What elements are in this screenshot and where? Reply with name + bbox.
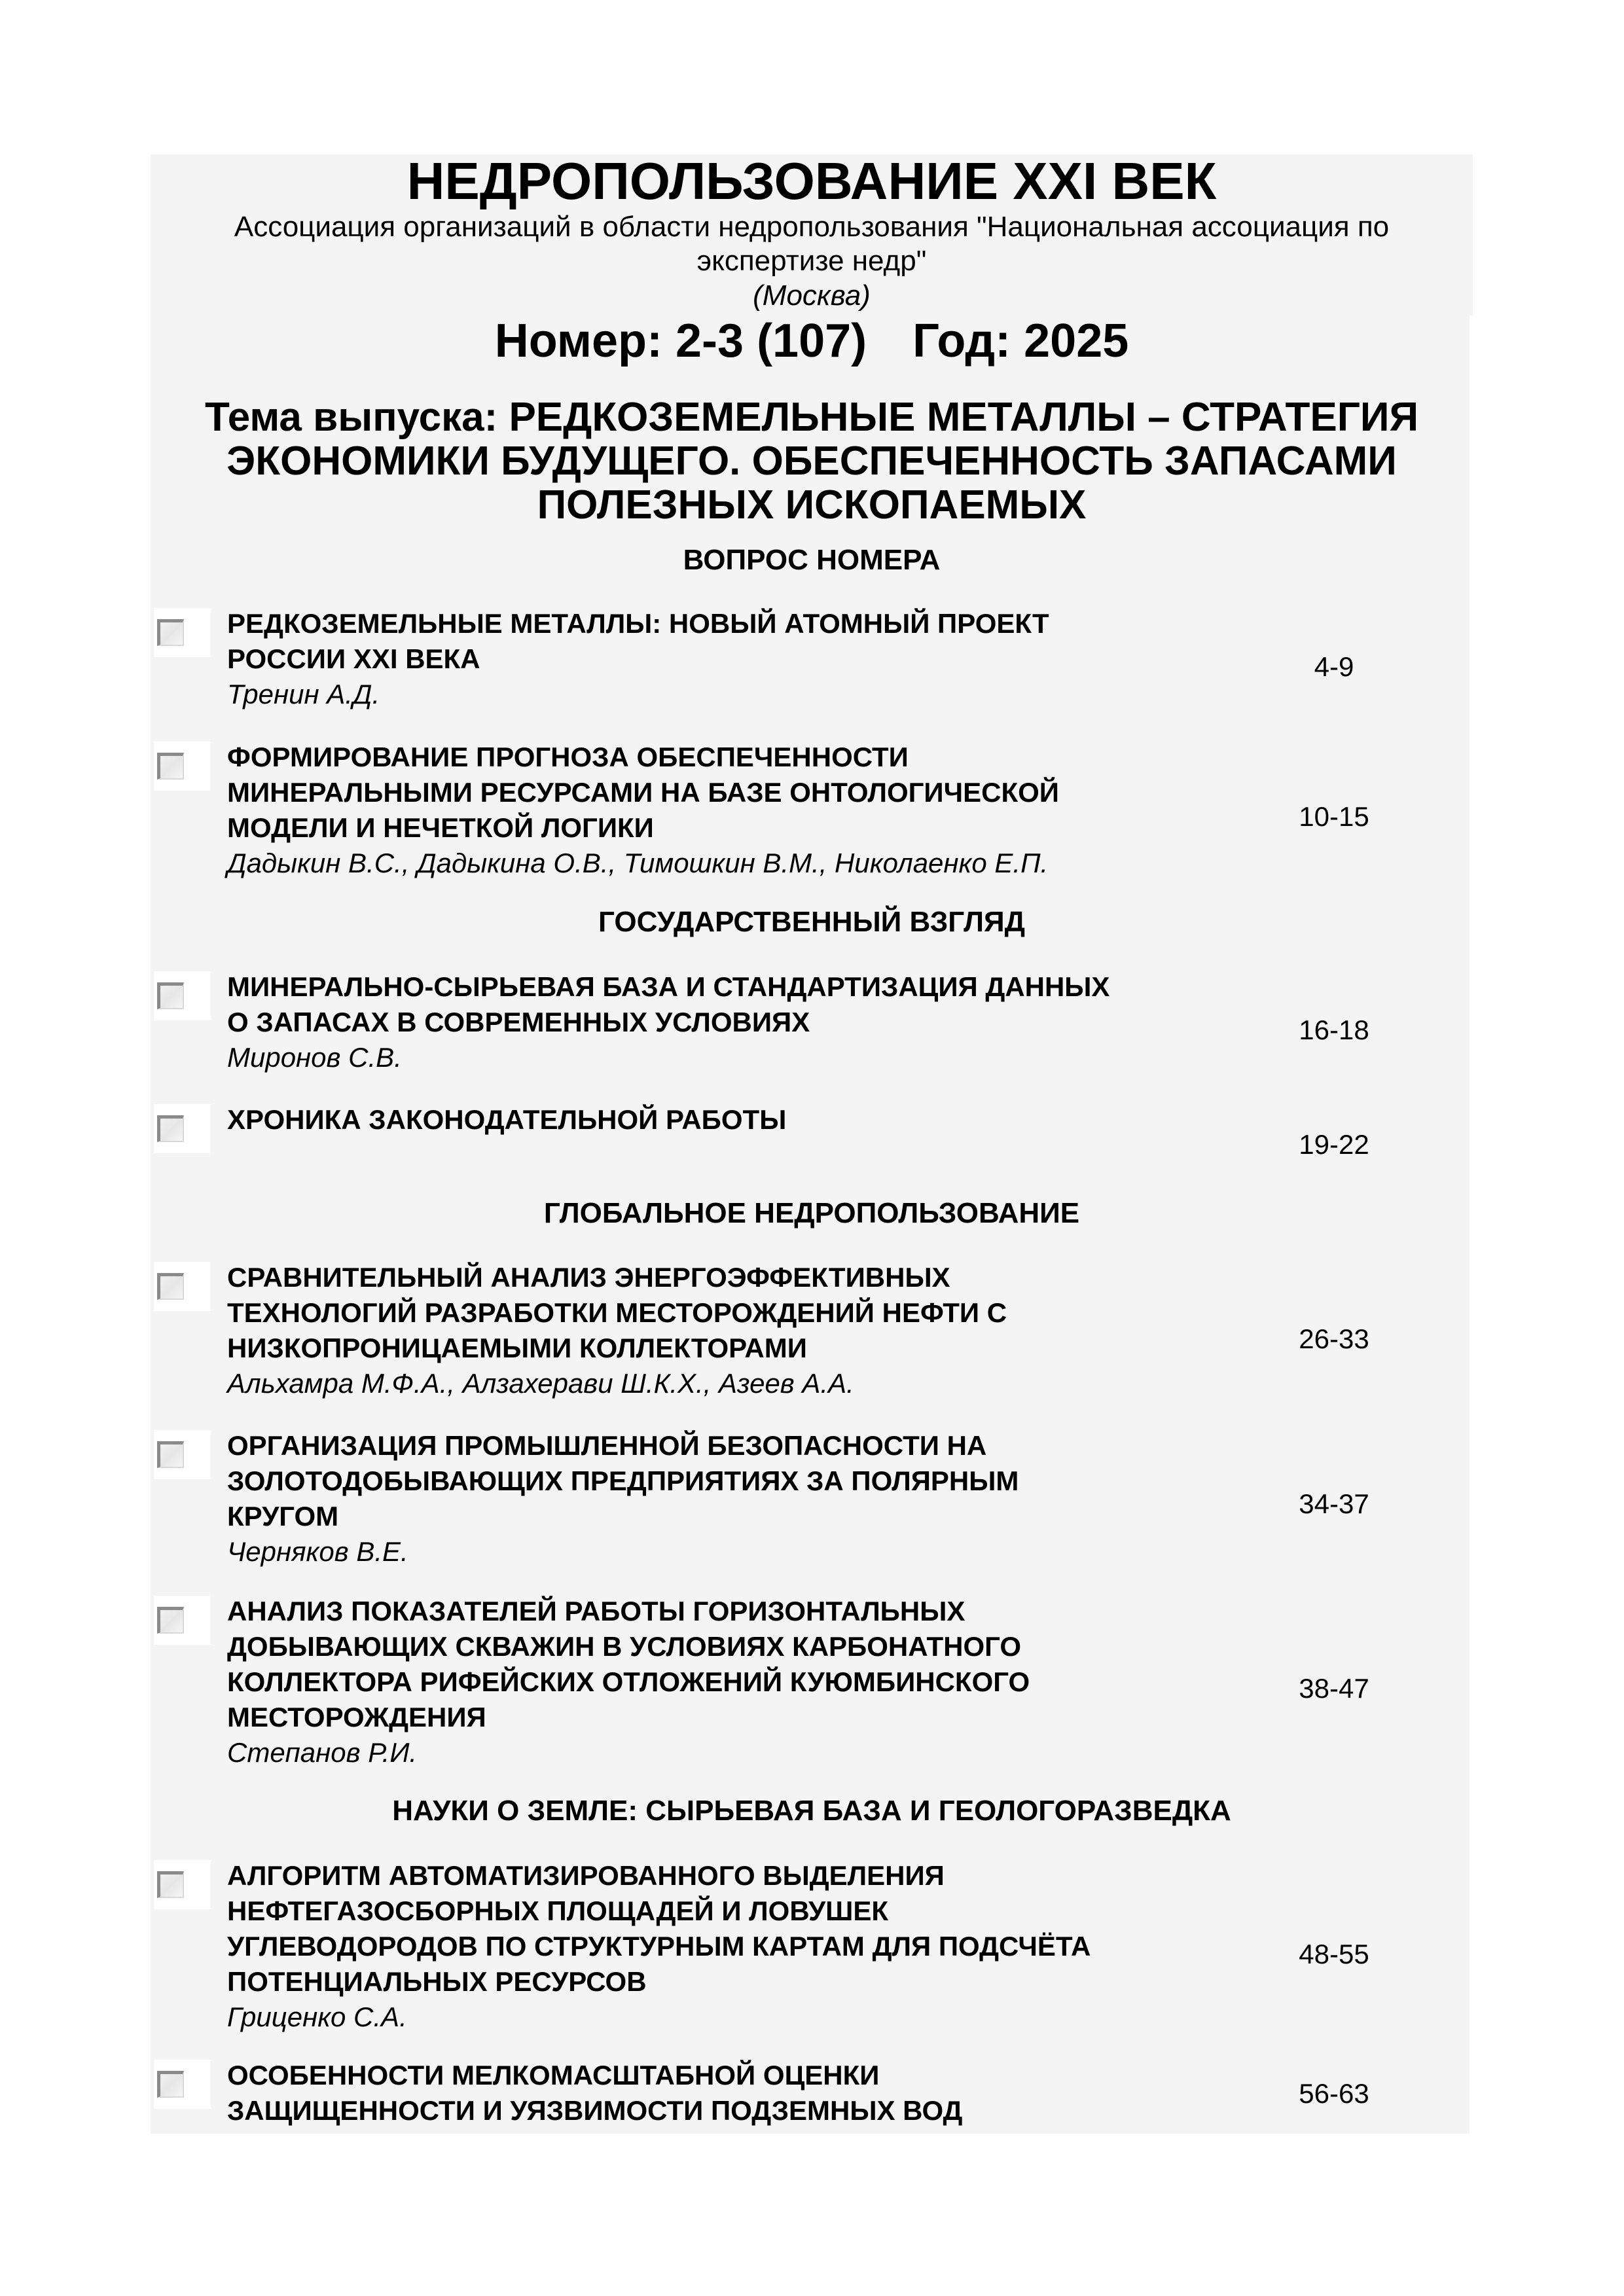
article-authors: Дадыкин В.С., Дадыкина О.В., Тимошкин В.… [227,846,1209,881]
article-pages: 4-9 [1282,649,1386,685]
select-checkbox[interactable] [154,1262,211,1311]
publisher-line-1: Ассоциация организаций в области недропо… [151,209,1473,244]
select-checkbox[interactable] [154,1430,211,1479]
section-heading: ГЛОБАЛЬНОЕ НЕДРОПОЛЬЗОВАНИЕ [151,1196,1473,1231]
article-authors: Черняков В.Е. [227,1534,1209,1570]
checkbox-icon [157,619,184,646]
article-authors: Тренин А.Д. [227,677,1209,712]
select-checkbox[interactable] [154,1860,211,1909]
issue-theme-line-2: ЭКОНОМИКИ БУДУЩЕГО. ОБЕСПЕЧЕННОСТЬ ЗАПАС… [151,439,1473,483]
article-pages: 26-33 [1282,1321,1386,1357]
checkbox-icon [157,982,184,1009]
section-heading: ВОПРОС НОМЕРА [151,543,1473,578]
entry-text: ОРГАНИЗАЦИЯ ПРОМЫШЛЕННОЙ БЕЗОПАСНОСТИ НА… [227,1428,1209,1570]
entry-text: СРАВНИТЕЛЬНЫЙ АНАЛИЗ ЭНЕРГОЭФФЕКТИВНЫХ Т… [227,1260,1209,1401]
entry-text: АНАЛИЗ ПОКАЗАТЕЛЕЙ РАБОТЫ ГОРИЗОНТАЛЬНЫХ… [227,1594,1209,1770]
entry-text: ФОРМИРОВАНИЕ ПРОГНОЗА ОБЕСПЕЧЕННОСТИ МИН… [227,740,1209,881]
article-pages: 56-63 [1282,2076,1386,2111]
section-heading: НАУКИ О ЗЕМЛЕ: СЫРЬЕВАЯ БАЗА И ГЕОЛОГОРА… [151,1793,1473,1829]
article-authors: Альхамра М.Ф.А., Алзахерави Ш.К.Х., Азее… [227,1366,1209,1401]
article-authors: Гриценко С.А. [227,2000,1209,2035]
article-pages: 48-55 [1282,1937,1386,1972]
checkbox-icon [157,1607,184,1634]
article-title[interactable]: ОРГАНИЗАЦИЯ ПРОМЫШЛЕННОЙ БЕЗОПАСНОСТИ НА… [227,1428,1209,1534]
article-authors: Миронов С.В. [227,1040,1209,1075]
checkbox-icon [157,1441,184,1468]
issue-theme-line-3: ПОЛЕЗНЫХ ИСКОПАЕМЫХ [151,483,1473,527]
issue-theme-line-1: Тема выпуска: РЕДКОЗЕМЕЛЬНЫЕ МЕТАЛЛЫ – С… [151,395,1473,439]
publisher-line-2: экспертизе недр" [151,243,1473,278]
article-title[interactable]: МИНЕРАЛЬНО-СЫРЬЕВАЯ БАЗА И СТАНДАРТИЗАЦИ… [227,969,1209,1040]
select-checkbox[interactable] [154,608,211,657]
checkbox-icon [157,753,184,780]
article-title[interactable]: АНАЛИЗ ПОКАЗАТЕЛЕЙ РАБОТЫ ГОРИЗОНТАЛЬНЫХ… [227,1594,1209,1735]
entry-text: МИНЕРАЛЬНО-СЫРЬЕВАЯ БАЗА И СТАНДАРТИЗАЦИ… [227,969,1209,1075]
select-checkbox[interactable] [154,971,211,1020]
article-pages: 10-15 [1282,799,1386,834]
section-heading: ГОСУДАРСТВЕННЫЙ ВЗГЛЯД [151,905,1473,940]
issue-number: Номер: 2-3 (107) [495,315,867,367]
article-title[interactable]: АЛГОРИТМ АВТОМАТИЗИРОВАННОГО ВЫДЕЛЕНИЯ Н… [227,1858,1209,2000]
issue-info: Номер: 2-3 (107)Год: 2025 [151,315,1473,367]
select-checkbox[interactable] [154,2060,211,2109]
article-authors: Степанов Р.И. [227,1735,1209,1770]
select-checkbox[interactable] [154,1104,211,1153]
checkbox-icon [157,1115,184,1142]
publisher-city: (Москва) [151,278,1473,313]
checkbox-icon [157,2071,184,2098]
article-pages: 19-22 [1282,1127,1386,1162]
article-pages: 34-37 [1282,1486,1386,1522]
article-title[interactable]: СРАВНИТЕЛЬНЫЙ АНАЛИЗ ЭНЕРГОЭФФЕКТИВНЫХ Т… [227,1260,1209,1366]
entry-text: ОСОБЕННОСТИ МЕЛКОМАСШТАБНОЙ ОЦЕНКИ ЗАЩИЩ… [227,2058,1209,2128]
article-title[interactable]: ФОРМИРОВАНИЕ ПРОГНОЗА ОБЕСПЕЧЕННОСТИ МИН… [227,740,1209,846]
article-pages: 16-18 [1282,1013,1386,1048]
entry-text: АЛГОРИТМ АВТОМАТИЗИРОВАННОГО ВЫДЕЛЕНИЯ Н… [227,1858,1209,2035]
article-title[interactable]: ХРОНИКА ЗАКОНОДАТЕЛЬНОЙ РАБОТЫ [227,1102,1209,1138]
issue-year: Год: 2025 [912,315,1128,367]
article-title[interactable]: РЕДКОЗЕМЕЛЬНЫЕ МЕТАЛЛЫ: НОВЫЙ АТОМНЫЙ ПР… [227,606,1209,677]
article-pages: 38-47 [1282,1671,1386,1706]
entry-text: ХРОНИКА ЗАКОНОДАТЕЛЬНОЙ РАБОТЫ [227,1102,1209,1138]
entry-text: РЕДКОЗЕМЕЛЬНЫЕ МЕТАЛЛЫ: НОВЫЙ АТОМНЫЙ ПР… [227,606,1209,712]
select-checkbox[interactable] [154,1596,211,1645]
article-title[interactable]: ОСОБЕННОСТИ МЕЛКОМАСШТАБНОЙ ОЦЕНКИ ЗАЩИЩ… [227,2058,1209,2128]
checkbox-icon [157,1273,184,1300]
select-checkbox[interactable] [154,742,211,791]
checkbox-icon [157,1871,184,1898]
journal-title: НЕДРОПОЛЬЗОВАНИЕ XXI ВЕК [151,151,1473,211]
